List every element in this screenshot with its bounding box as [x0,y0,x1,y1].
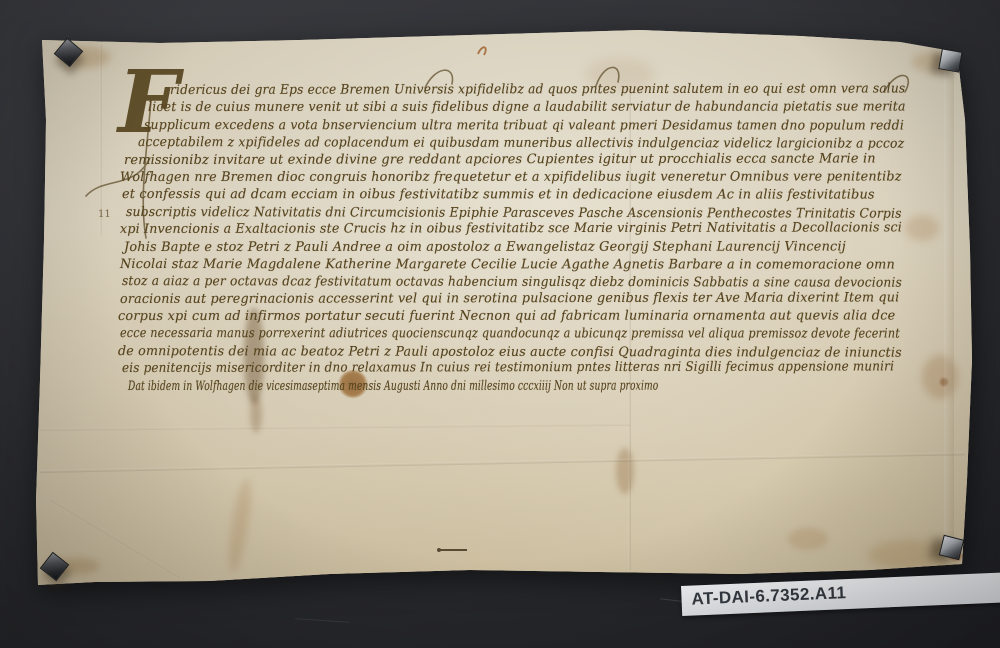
manuscript-line: ecce necessaria manus porrexerint adiutr… [120,325,802,343]
margin-note: 11 [98,209,111,220]
manuscript-line: supplicum excedens a vota bnserviencium … [144,117,875,135]
manuscript-line: Dat ibidem in Wolfhagen die vicesimasept… [128,377,676,395]
manuscript-line: oracionis aut peregrinacionis accesserin… [120,289,891,308]
manuscript-line: licet is de cuius munere venit ut sibi a… [148,99,883,117]
parchment-document: F 11 ridericus dei gra Eps ecce Bremen U… [0,0,1000,648]
manuscript-line: Wolfhagen nre Bremen dioc congruis honor… [120,168,894,186]
manuscript-line: ridericus dei gra Eps ecce Bremen Univer… [170,81,863,100]
manuscript-line: Johis Bapte e stoz Petri z Pauli Andree … [124,238,900,256]
manuscript-text-block: ridericus dei gra Eps ecce Bremen Univer… [118,82,910,395]
parchment-wrapper: F 11 ridericus dei gra Eps ecce Bremen U… [0,0,1000,648]
manuscript-line: remissionibz invitare ut exinde divine g… [124,150,902,169]
manuscript-line: eis penitencijs misericorditer in dno re… [122,359,846,378]
photograph-of-charter: F 11 ridericus dei gra Eps ecce Bremen U… [0,0,1000,648]
manuscript-line: et confessis qui ad dcam ecciam in oibus… [122,186,900,204]
metal-clip-top-right [938,48,962,72]
manuscript-line: corpus xpi cum ad infirmos portatur secu… [118,308,900,326]
rust-speck [478,47,486,55]
manuscript-line: xpi Invencionis a Exaltacionis ste Cruci… [120,220,887,239]
manuscript-line: Nicolai staz Marie Magdalene Katherine M… [120,256,900,274]
